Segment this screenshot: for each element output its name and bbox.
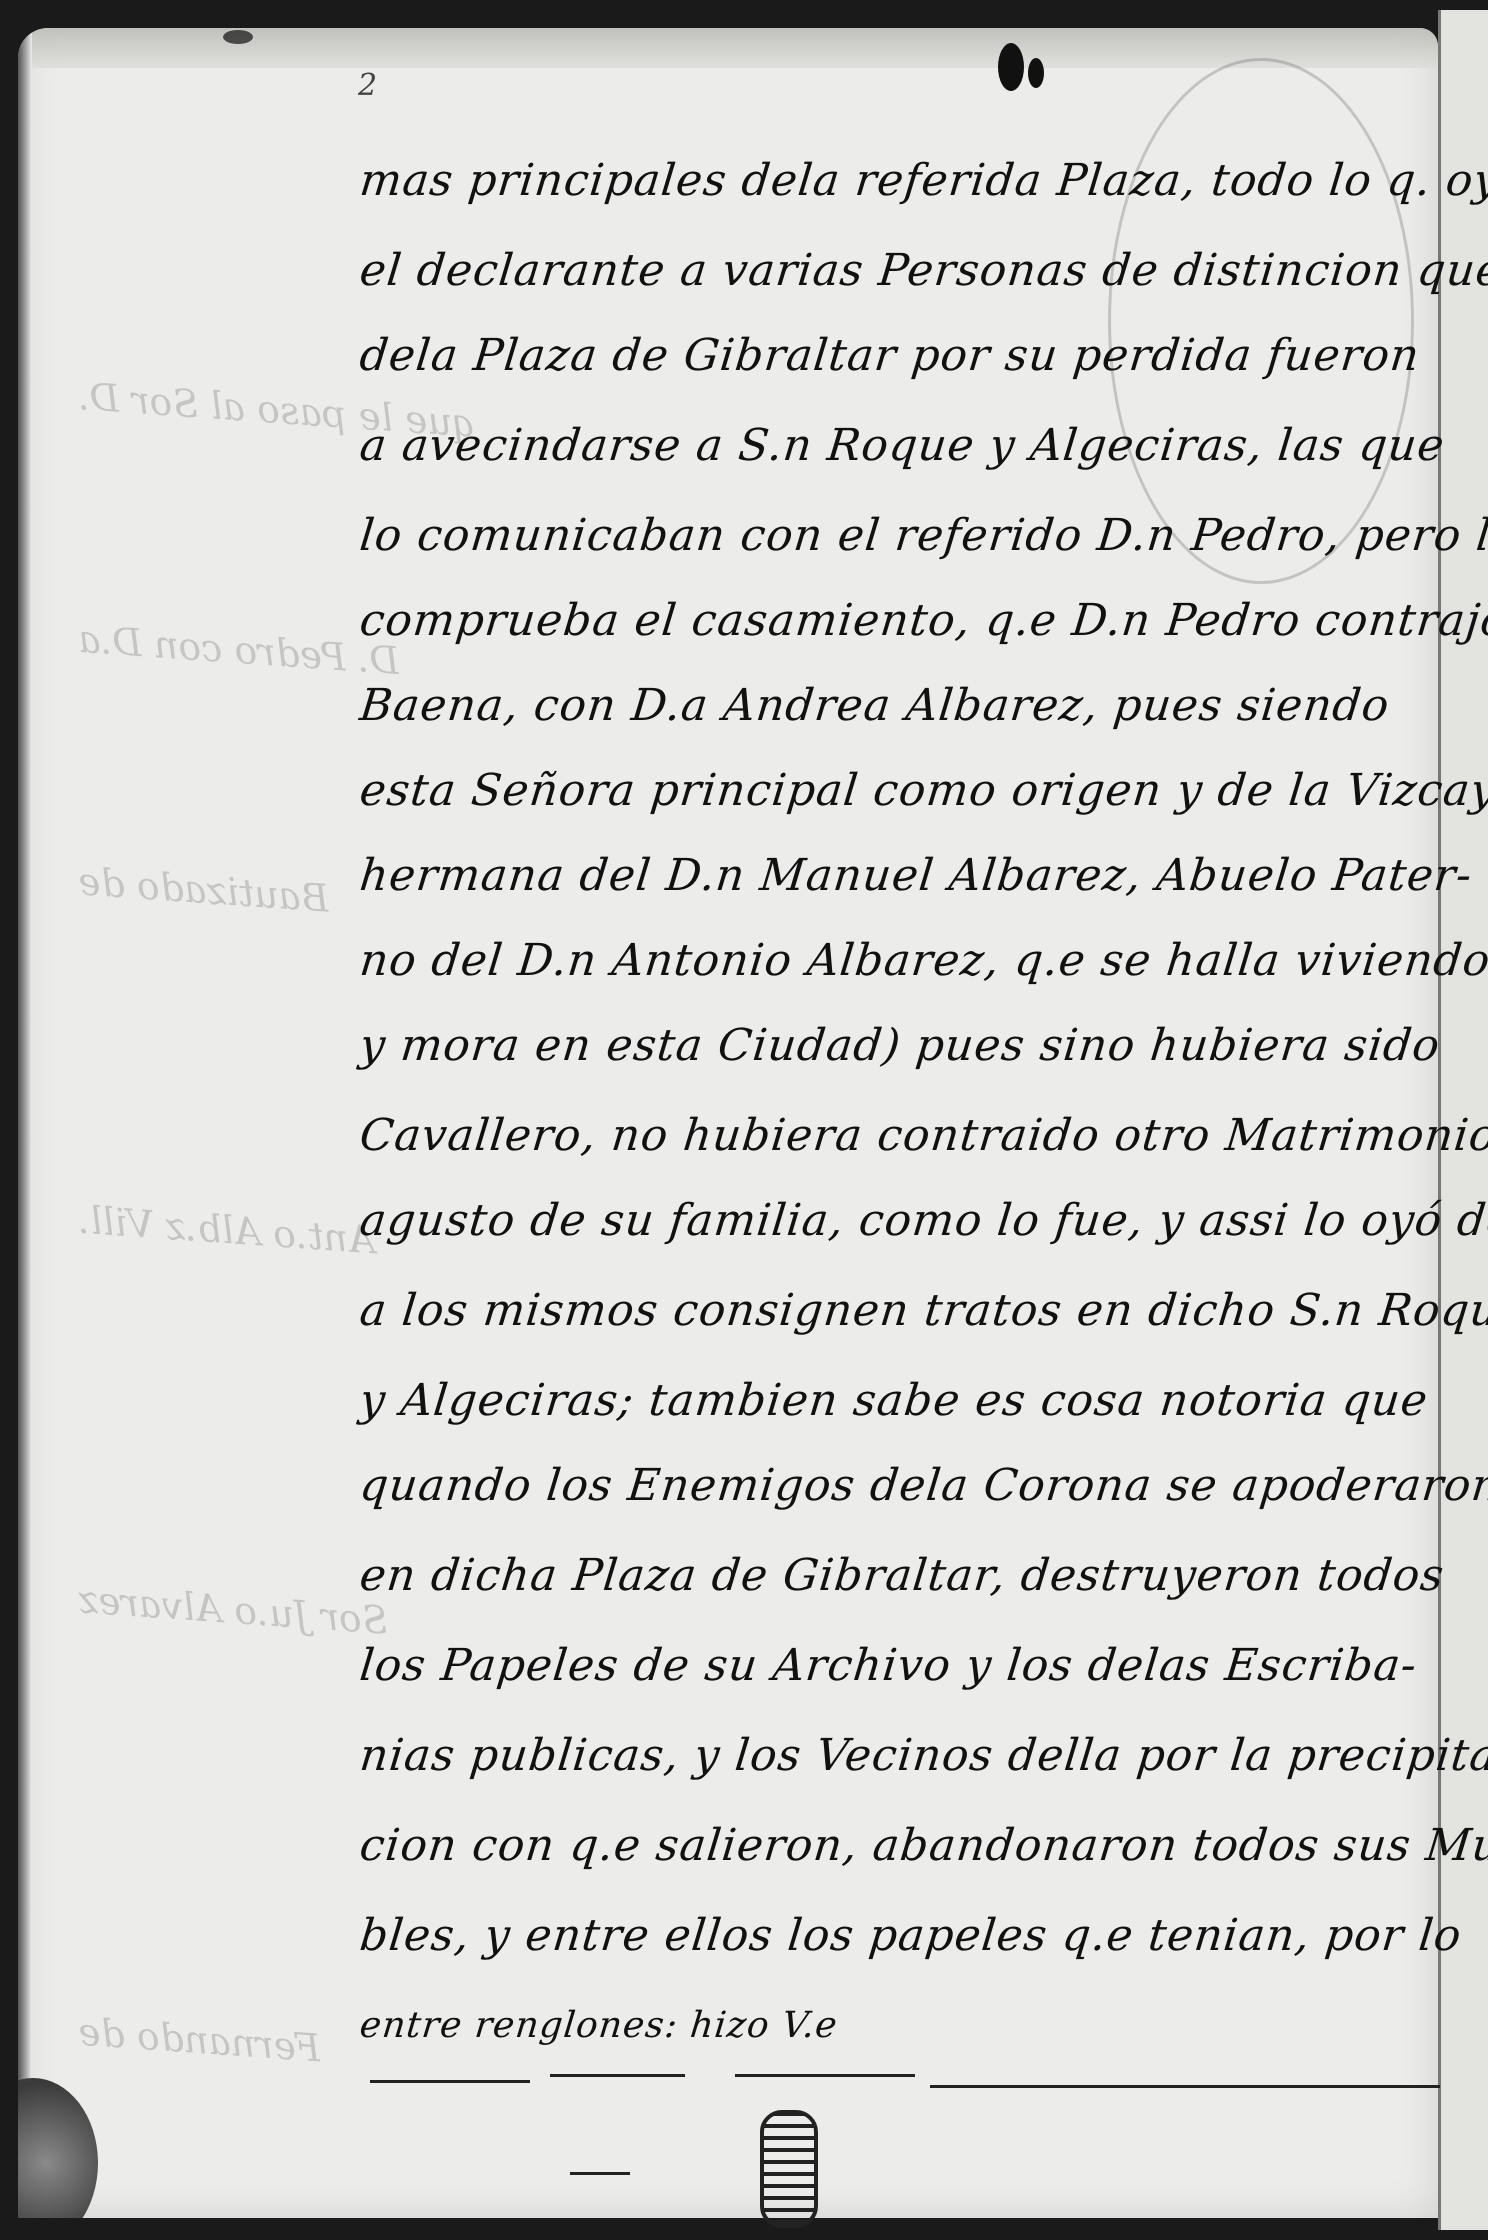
manuscript-line: Cavallero, no hubiera contraido otro Mat… — [357, 1110, 1488, 1161]
manuscript-line: dela Plaza de Gibraltar por su perdida f… — [357, 330, 1422, 381]
bleed-through-text: D. Pedro con D.a — [77, 617, 401, 683]
manuscript-line: lo comunicaban con el referido D.n Pedro… — [357, 510, 1488, 561]
manuscript-line: cion con q.e salieron, abandonaron todos… — [357, 1820, 1488, 1871]
bleed-through-text: Bautizado de — [77, 859, 331, 920]
manuscript-line: en dicha Plaza de Gibraltar, destruyeron… — [357, 1550, 1446, 1601]
underline-mark — [570, 2172, 630, 2175]
manuscript-line: comprueba el casamiento, q.e D.n Pedro c… — [357, 595, 1488, 646]
manuscript-line: bles, y entre ellos los papeles q.e teni… — [357, 1910, 1464, 1961]
bleed-through-text: Ant.o Alb.z Vill. — [77, 1198, 377, 1263]
underline-mark — [930, 2085, 1440, 2088]
manuscript-line: nias publicas, y los Vecinos della por l… — [357, 1730, 1488, 1781]
folio-number: 2 — [358, 68, 377, 103]
ink-blot — [1028, 58, 1044, 88]
faded-stamp — [1108, 58, 1414, 584]
underline-mark — [735, 2074, 915, 2077]
underline-mark — [550, 2074, 685, 2077]
manuscript-line: los Papeles de su Archivo y los delas Es… — [357, 1640, 1419, 1691]
underline-mark — [370, 2080, 530, 2083]
manuscript-line: Baena, con D.a Andrea Albarez, pues sien… — [357, 680, 1392, 731]
signature-rubric — [760, 2110, 818, 2228]
manuscript-line: y Algeciras; tambien sabe es cosa notori… — [357, 1375, 1430, 1426]
manuscript-line-marginal-note: entre renglones: hizo V.e — [358, 2005, 840, 2046]
ink-blot — [223, 30, 253, 44]
ink-blot — [998, 43, 1024, 91]
manuscript-line: el declarante a varias Personas de disti… — [357, 245, 1488, 296]
manuscript-line: a los mismos consignen tratos en dicho S… — [357, 1285, 1488, 1336]
bleed-through-text: Sor Ju.o Alvarez — [77, 1577, 390, 1643]
manuscript-line: y mora en esta Ciudad) pues sino hubiera… — [357, 1020, 1442, 1071]
manuscript-line: a avecindarse a S.n Roque y Algeciras, l… — [357, 420, 1447, 471]
binding-edge — [18, 28, 32, 2218]
bleed-through-text: Fernando de — [77, 2010, 322, 2071]
manuscript-line: agusto de su familia, como lo fue, y ass… — [357, 1195, 1488, 1246]
wax-seal — [18, 2078, 98, 2218]
manuscript-line: quando los Enemigos dela Corona se apode… — [357, 1460, 1488, 1511]
manuscript-line: no del D.n Antonio Albarez, q.e se halla… — [357, 935, 1488, 986]
manuscript-line: hermana del D.n Manuel Albarez, Abuelo P… — [357, 850, 1474, 901]
manuscript-line: mas principales dela referida Plaza, tod… — [357, 155, 1488, 206]
manuscript-line: esta Señora principal como origen y de l… — [357, 765, 1488, 816]
